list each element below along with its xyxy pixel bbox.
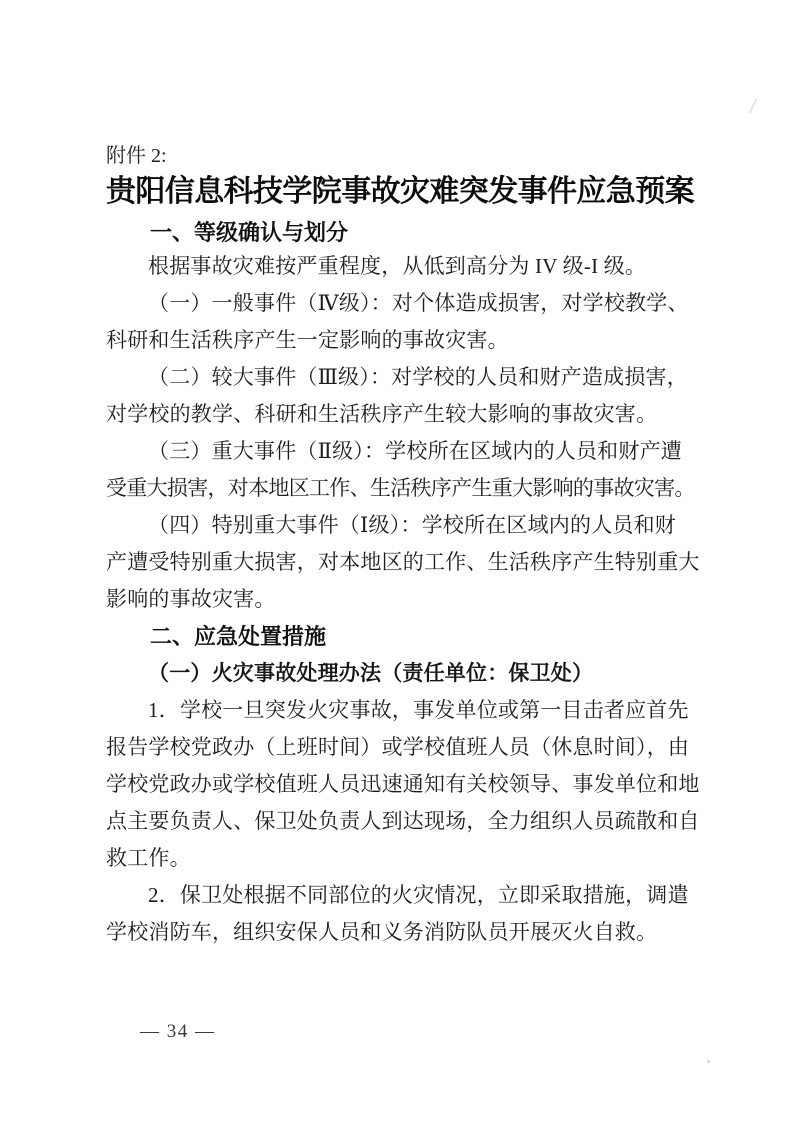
section-1-heading: 一、等级确认与划分 <box>106 218 700 248</box>
fire-step-1-line: 救工作。 <box>106 840 700 877</box>
document-page: 附件 2: 贵阳信息科技学院事故灾难突发事件应急预案 一、等级确认与划分 根据事… <box>0 0 793 1122</box>
level-2-item-line: （三）重大事件（Ⅱ级）：学校所在区域内的人员和财产遭 <box>106 433 700 470</box>
scan-artifact <box>749 98 758 113</box>
fire-step-2-line: 学校消防车，组织安保人员和义务消防队员开展灭火自救。 <box>106 914 700 951</box>
level-1-item-line: （四）特别重大事件（Ⅰ级）：学校所在区域内的人员和财 <box>106 507 700 544</box>
level-1-item-line: 产遭受特别重大损害，对本地区的工作、生活秩序产生特别重大 <box>106 544 700 581</box>
fire-step-1-line: 1．学校一旦突发火灾事故，事发单位或第一目击者应首先 <box>106 692 700 729</box>
level-4-item-line: （一）一般事件（Ⅳ级）：对个体造成损害，对学校教学、 <box>106 285 700 322</box>
document-content: 附件 2: 贵阳信息科技学院事故灾难突发事件应急预案 一、等级确认与划分 根据事… <box>106 143 700 951</box>
section-2-heading: 二、应急处置措施 <box>106 618 700 655</box>
scan-artifact <box>707 1060 710 1063</box>
fire-step-1-line: 点主要负责人、保卫处负责人到达现场，全力组织人员疏散和自 <box>106 803 700 840</box>
level-1-item-line: 影响的事故灾害。 <box>106 581 700 618</box>
level-2-item-line: 受重大损害，对本地区工作、生活秩序产生重大影响的事故灾害。 <box>106 470 700 507</box>
page-number: — 34 — <box>140 1022 216 1042</box>
level-3-item-line: （二）较大事件（Ⅲ级）：对学校的人员和财产造成损害， <box>106 359 700 396</box>
section-1-intro-line: 根据事故灾难按严重程度，从低到高分为 IV 级-I 级。 <box>106 248 700 285</box>
fire-step-1-line: 报告学校党政办（上班时间）或学校值班人员（休息时间），由 <box>106 729 700 766</box>
fire-step-1-line: 学校党政办或学校值班人员迅速通知有关校领导、事发单位和地 <box>106 766 700 803</box>
document-title: 贵阳信息科技学院事故灾难突发事件应急预案 <box>106 172 700 212</box>
level-3-item-line: 对学校的教学、科研和生活秩序产生较大影响的事故灾害。 <box>106 396 700 433</box>
fire-step-2-line: 2．保卫处根据不同部位的火灾情况，立即采取措施，调遣 <box>106 877 700 914</box>
attachment-label: 附件 2: <box>106 143 700 169</box>
document-body: 根据事故灾难按严重程度，从低到高分为 IV 级-I 级。 （一）一般事件（Ⅳ级）… <box>106 248 700 951</box>
level-4-item-line: 科研和生活秩序产生一定影响的事故灾害。 <box>106 322 700 359</box>
section-2-subsection-heading: （一）火灾事故处理办法（责任单位：保卫处） <box>106 655 700 692</box>
